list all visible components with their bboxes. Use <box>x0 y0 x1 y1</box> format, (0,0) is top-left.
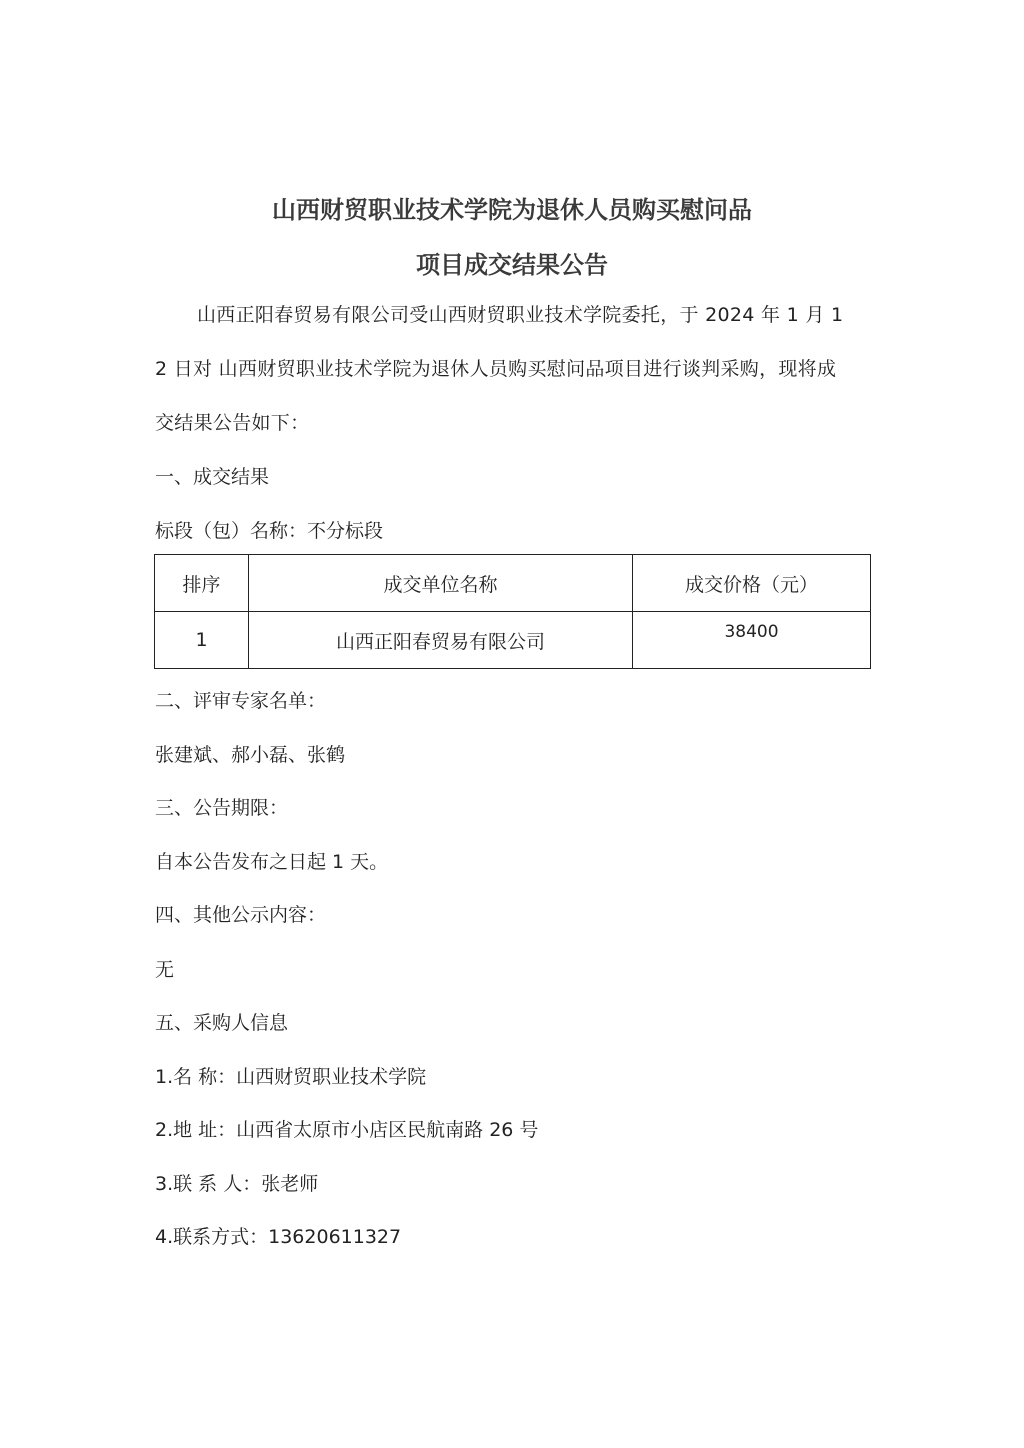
purchaser-phone: 4.联系方式：13620611327 <box>155 1222 401 1249</box>
table-header-rank: 排序 <box>155 555 249 612</box>
intro-paragraph-line1: 山西正阳春贸易有限公司受山西财贸职业技术学院委托，于 2024 年 1 月 1 <box>197 300 843 327</box>
table-header-company: 成交单位名称 <box>249 555 633 612</box>
expert-list: 张建斌、郝小磊、张鹤 <box>155 740 345 767</box>
lot-name-label: 标段（包）名称：不分标段 <box>155 516 383 543</box>
section4-heading: 四、其他公示内容： <box>155 900 326 927</box>
intro-paragraph-line2: 2 日对 山西财贸职业技术学院为退休人员购买慰问品项目进行谈判采购，现将成 <box>155 354 836 381</box>
purchaser-contact-person: 3.联 系 人：张老师 <box>155 1169 318 1196</box>
section2-heading: 二、评审专家名单： <box>155 686 326 713</box>
document-title-line2: 项目成交结果公告 <box>0 245 1024 280</box>
document-title-line1: 山西财贸职业技术学院为退休人员购买慰问品 <box>0 190 1024 225</box>
announcement-period: 自本公告发布之日起 1 天。 <box>155 847 388 874</box>
other-content: 无 <box>155 955 174 982</box>
result-table: 排序 成交单位名称 成交价格（元） 1 山西正阳春贸易有限公司 38400 <box>154 554 871 669</box>
table-row: 1 山西正阳春贸易有限公司 38400 <box>155 612 871 669</box>
section1-heading: 一、成交结果 <box>155 462 269 489</box>
table-cell-price: 38400 <box>633 612 871 669</box>
section3-heading: 三、公告期限： <box>155 793 288 820</box>
document-page: 山西财贸职业技术学院为退休人员购买慰问品 项目成交结果公告 山西正阳春贸易有限公… <box>0 0 1024 1448</box>
purchaser-name: 1.名 称：山西财贸职业技术学院 <box>155 1062 426 1089</box>
table-header-price: 成交价格（元） <box>633 555 871 612</box>
table-header-row: 排序 成交单位名称 成交价格（元） <box>155 555 871 612</box>
intro-paragraph-line3: 交结果公告如下： <box>155 408 309 435</box>
table-cell-rank: 1 <box>155 612 249 669</box>
table-cell-company: 山西正阳春贸易有限公司 <box>249 612 633 669</box>
purchaser-address: 2.地 址：山西省太原市小店区民航南路 26 号 <box>155 1115 538 1142</box>
section5-heading: 五、采购人信息 <box>155 1008 288 1035</box>
